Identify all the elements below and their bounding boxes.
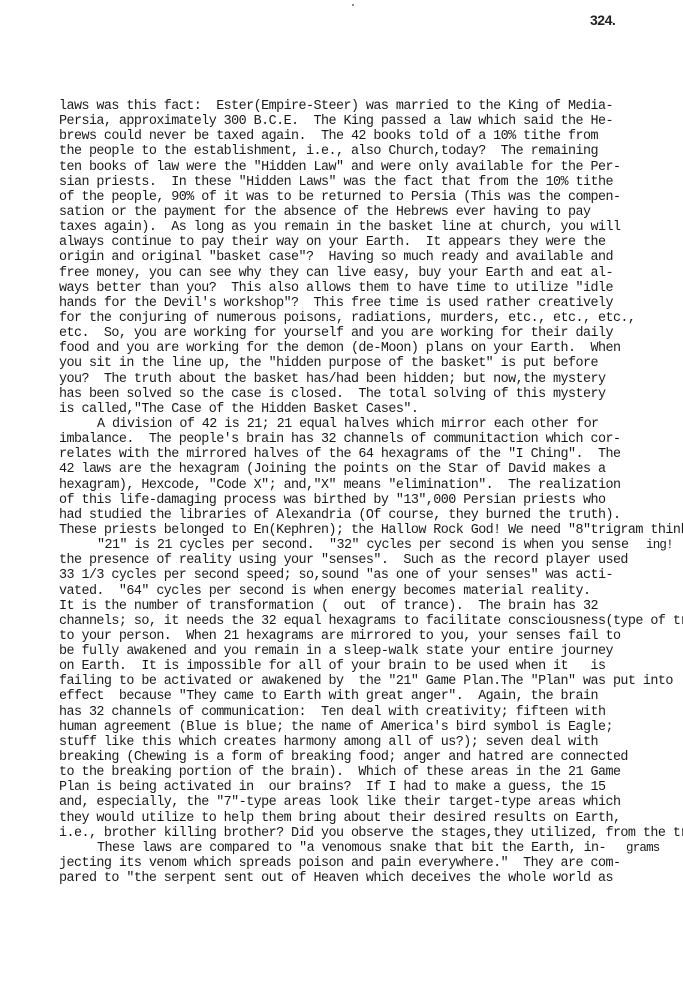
text-line: Persia, approximately 300 B.C.E. The Kin…: [59, 114, 683, 129]
document-body: laws was this fact: Ester(Empire-Steer) …: [59, 99, 683, 886]
text-line: always continue to pay their way on your…: [59, 235, 683, 250]
text-line: stuff like this which creates harmony am…: [59, 735, 683, 750]
text-line: vated. "64" cycles per second is when en…: [59, 584, 683, 599]
text-line: taxes again). As long as you remain in t…: [59, 220, 683, 235]
text-line: channels; so, it needs the 32 equal hexa…: [59, 614, 683, 629]
text-line: the people to the establishment, i.e., a…: [59, 144, 683, 159]
text-line: origin and original "basket case"? Havin…: [59, 250, 683, 265]
text-line: of this life-damaging process was birthe…: [59, 493, 683, 508]
text-line: be fully awakened and you remain in a sl…: [59, 644, 683, 659]
text-line: failing to be activated or awakened by t…: [59, 674, 683, 689]
text-line: pared to "the serpent sent out of Heaven…: [59, 871, 683, 886]
text-line: had studied the libraries of Alexandria …: [59, 508, 683, 523]
text-line: ways better than you? This also allows t…: [59, 281, 683, 296]
text-line: you? The truth about the basket has/had …: [59, 372, 683, 387]
text-line: jecting its venom which spreads poison a…: [59, 856, 683, 871]
text-line: to your person. When 21 hexagrams are mi…: [59, 629, 683, 644]
text-line: of the people, 90% of it was to be retur…: [59, 190, 683, 205]
text-line: sation or the payment for the absence of…: [59, 205, 683, 220]
text-line: laws was this fact: Ester(Empire-Steer) …: [59, 99, 683, 114]
text-line: and, especially, the "7"-type areas look…: [59, 795, 683, 810]
text-line: 33 1/3 cycles per second speed; so,sound…: [59, 568, 683, 583]
text-line: These laws are compared to "a venomous s…: [59, 841, 683, 856]
text-line: imbalance. The people's brain has 32 cha…: [59, 432, 683, 447]
page-number: 324.: [590, 12, 615, 28]
text-line: sian priests. In these "Hidden Laws" was…: [59, 175, 683, 190]
text-line: human agreement (Blue is blue; the name …: [59, 720, 683, 735]
text-line: effect because "They came to Earth with …: [59, 689, 683, 704]
text-line: A division of 42 is 21; 21 equal halves …: [59, 417, 683, 432]
text-line: to the breaking portion of the brain). W…: [59, 765, 683, 780]
text-line: etc. So, you are working for yourself an…: [59, 326, 683, 341]
text-line: you sit in the line up, the "hidden purp…: [59, 356, 683, 371]
text-line: on Earth. It is impossible for all of yo…: [59, 659, 683, 674]
text-line: hexagram), Hexcode, "Code X"; and,"X" me…: [59, 478, 683, 493]
margin-note: ing!: [646, 538, 673, 553]
text-line: "21" is 21 cycles per second. "32" cycle…: [59, 538, 683, 553]
text-line: It is the number of transformation ( out…: [59, 599, 683, 614]
text-line: food and you are working for the demon (…: [59, 341, 683, 356]
text-line: has 32 channels of communication: Ten de…: [59, 705, 683, 720]
text-line: 42 laws are the hexagram (Joining the po…: [59, 462, 683, 477]
text-line: i.e., brother killing brother? Did you o…: [59, 826, 683, 841]
scan-speck: [352, 4, 354, 6]
text-line: for the conjuring of numerous poisons, r…: [59, 311, 683, 326]
text-line: the presence of reality using your "sens…: [59, 553, 683, 568]
text-line: has been solved so the case is closed. T…: [59, 387, 683, 402]
text-line: hands for the Devil's workshop"? This fr…: [59, 296, 683, 311]
text-line: they would utilize to help them bring ab…: [59, 811, 683, 826]
text-line: is called,"The Case of the Hidden Basket…: [59, 402, 683, 417]
text-line: ten books of law were the "Hidden Law" a…: [59, 160, 683, 175]
text-line: These priests belonged to En(Kephren); t…: [59, 523, 683, 538]
text-line: breaking (Chewing is a form of breaking …: [59, 750, 683, 765]
text-line: free money, you can see why they can liv…: [59, 266, 683, 281]
text-line: relates with the mirrored halves of the …: [59, 447, 683, 462]
margin-note: grams: [626, 841, 660, 856]
text-line: Plan is being activated in our brains? I…: [59, 780, 683, 795]
text-line: brews could never be taxed again. The 42…: [59, 129, 683, 144]
